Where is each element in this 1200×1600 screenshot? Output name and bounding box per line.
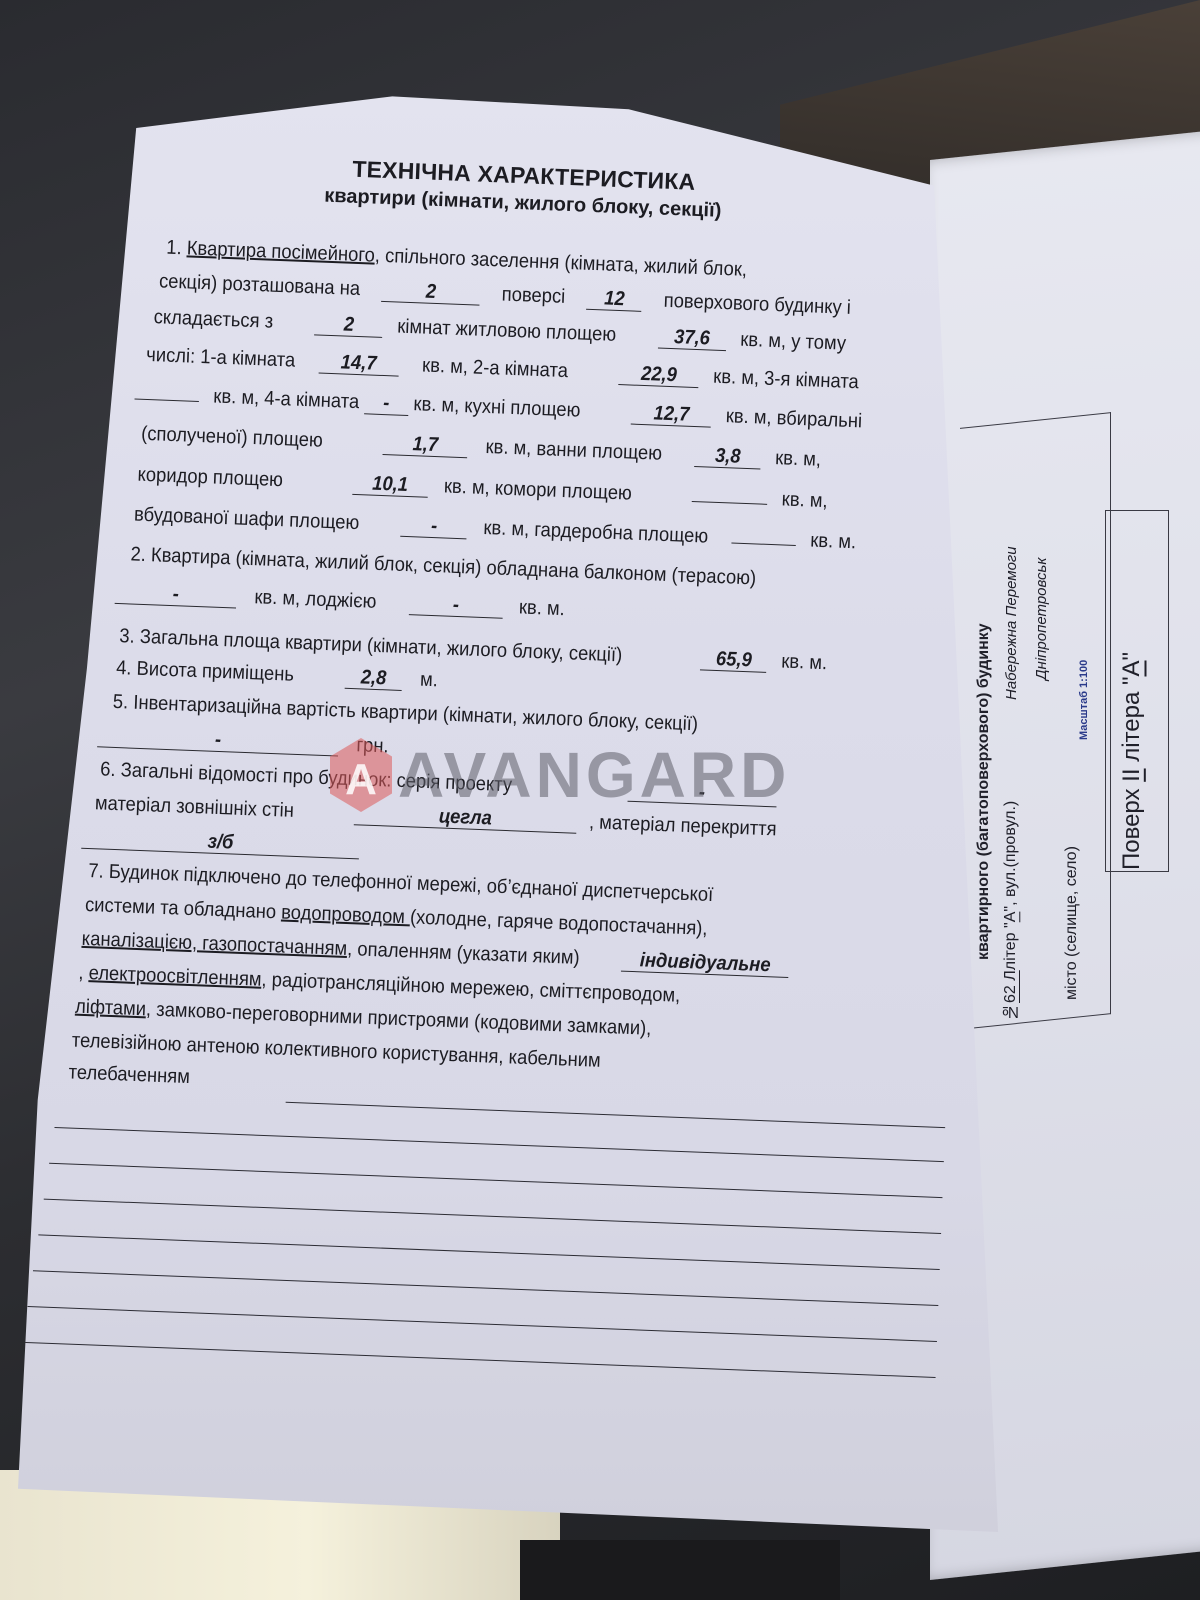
section4-line: 4. Висота приміщень 2,8 м. xyxy=(116,657,439,692)
corridor-area-value: 10,1 xyxy=(352,472,428,498)
rooms-count-value: 2 xyxy=(315,312,384,338)
floor-value: 2 xyxy=(381,279,480,306)
background-dark-area xyxy=(520,1540,840,1600)
total-floors-value: 12 xyxy=(586,287,642,312)
scale-label: Масштаб 1:100 xyxy=(1078,630,1090,740)
room4-area-value: - xyxy=(364,391,409,416)
toilet-area-value: 1,7 xyxy=(383,432,468,458)
section2-line1: 2. Квартира (кімната, жилий блок, секція… xyxy=(130,543,756,590)
litera-value: А xyxy=(1118,660,1145,676)
city-name: Дніпропетровськ xyxy=(1033,540,1050,680)
section2-line2: - кв. м, лоджією - кв. м. xyxy=(115,581,566,621)
house-number: 62 Л xyxy=(1002,970,1019,1003)
blank-line xyxy=(54,1127,943,1162)
building-type: квартирного (багатоповерхового) будинку xyxy=(975,520,993,960)
room1-area-value: 14,7 xyxy=(318,351,399,377)
blank-line xyxy=(22,1342,935,1378)
document-page: ТЕХНІЧНА ХАРАКТЕРИСТИКА квартири (кімнат… xyxy=(18,92,1003,1532)
builtin-wardrobe-value: - xyxy=(401,514,468,540)
ceiling-height-value: 2,8 xyxy=(345,666,403,691)
inventory-value: - xyxy=(97,724,339,756)
bath-area-value: 3,8 xyxy=(694,444,761,470)
total-area-value: 65,9 xyxy=(700,647,767,673)
living-area-value: 37,6 xyxy=(658,326,727,352)
street-name: Набережна Перемоги xyxy=(1003,520,1020,700)
blank-line xyxy=(33,1270,938,1306)
section1-line7: коридор площею 10,1 кв. м, комори площею… xyxy=(137,464,828,513)
storage-area-value xyxy=(692,501,767,505)
wall-material-value: цегла xyxy=(354,802,577,834)
blank-line xyxy=(44,1199,941,1234)
room3-area-value xyxy=(135,398,199,401)
city-label: місто (селище, село) xyxy=(1063,800,1081,1000)
floor-material-value: з/б xyxy=(81,826,360,860)
section7-line7: телебаченням xyxy=(68,1061,190,1089)
section1-line8: вбудованої шафи площею - кв. м, гардероб… xyxy=(134,504,857,555)
room2-area-value: 22,9 xyxy=(619,362,700,388)
dressing-room-value xyxy=(731,542,795,545)
blank-line xyxy=(28,1306,937,1342)
balcony-area-value: - xyxy=(115,581,237,609)
floor-value: ІІ xyxy=(1118,768,1145,781)
heating-type-value: індивідуальне xyxy=(621,949,789,978)
building-letter: А xyxy=(1002,912,1019,923)
section1-line6: (сполученої) площею 1,7 кв. м, ванни пло… xyxy=(141,423,822,472)
loggia-area-value: - xyxy=(409,592,504,619)
blank-line xyxy=(38,1234,939,1270)
project-series-value: - xyxy=(627,779,777,808)
kitchen-area-value: 12,7 xyxy=(631,402,712,428)
floor-litera-label: Поверх ІІ літера "А" xyxy=(1118,520,1146,870)
section5-value-line: - грн. xyxy=(97,724,389,758)
section6-line3: з/б xyxy=(81,826,360,860)
blank-line xyxy=(286,1102,946,1128)
blank-line xyxy=(49,1163,942,1198)
